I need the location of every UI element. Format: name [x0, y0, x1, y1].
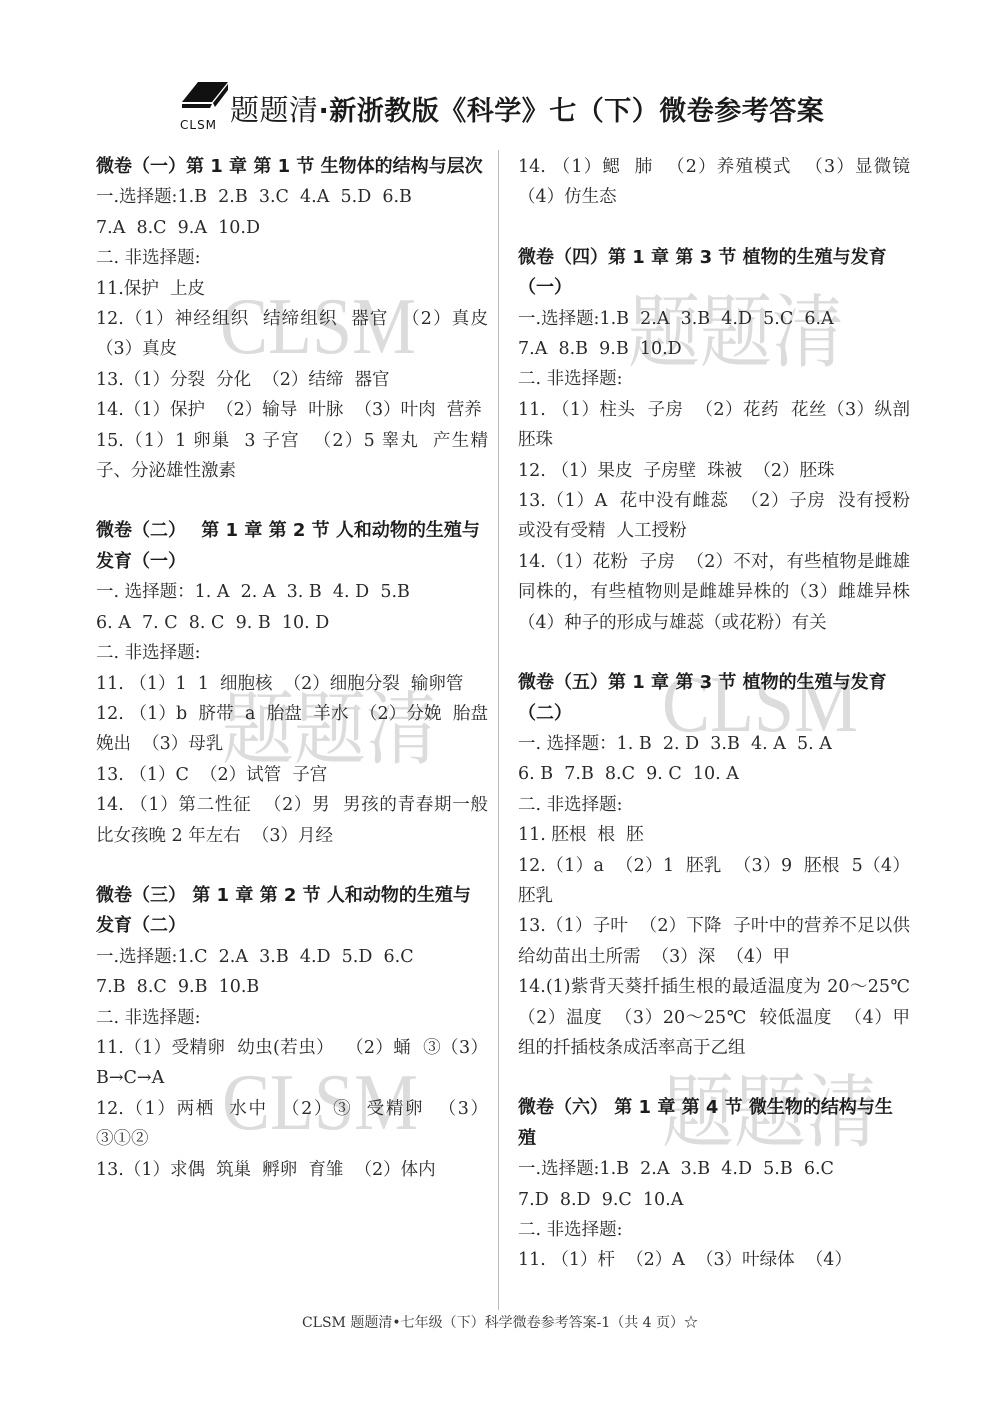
answer-line: 一. 选择题：1. A 2. A 3. B 4. D 5.B — [96, 577, 488, 607]
answer-line: 12.（1）神经组织 结缔组织 器官 （2）真皮 （3）真皮 — [96, 304, 488, 365]
answer-line: 13.（1）子叶 （2）下降 子叶中的营养不足以供给幼苗出土所需 （3）深 （4… — [518, 911, 910, 972]
section-title: 微卷（二） 第 1 章 第 2 节 人和动物的生殖与发育（一） — [96, 516, 488, 577]
clsm-logo: CLSM — [178, 80, 230, 138]
page-footer: CLSM 题题清•七年级（下）科学微卷参考答案-1（共 4 页）☆ — [0, 1312, 1000, 1332]
section-quiz-1: 微卷（一）第 1 章 第 1 节 生物体的结构与层次 一.选择题:1.B 2.B… — [96, 152, 488, 486]
answer-line: 7.B 8.C 9.B 10.B — [96, 972, 488, 1002]
section-quiz-3-continued: 14. （1）鳃 肺 （2）养殖模式 （3）显微镜 （4）仿生态 — [518, 152, 910, 213]
answer-line: 一.选择题:1.B 2.B 3.C 4.A 5.D 6.B — [96, 182, 488, 212]
document-header: CLSM 题题清·新浙教版《科学》七（下）微卷参考答案 — [178, 80, 838, 140]
answer-line: 11. 胚根 根 胚 — [518, 820, 910, 850]
answer-line: 6. A 7. C 8. C 9. B 10. D — [96, 608, 488, 638]
answer-line: 11. （1）柱头 子房 （2）花药 花丝（3）纵剖 胚珠 — [518, 395, 910, 456]
answer-line: 12.（1）两栖 水中 （2）③ 受精卵 （3）③①② — [96, 1094, 488, 1155]
answer-line: 11.保护 上皮 — [96, 274, 488, 304]
section-title: 微卷（四）第 1 章 第 3 节 植物的生殖与发育（一） — [518, 243, 910, 304]
answer-line: 13.（1）求偶 筑巢 孵卵 育雏 （2）体内 — [96, 1155, 488, 1185]
section-quiz-4: 微卷（四）第 1 章 第 3 节 植物的生殖与发育（一） 一.选择题:1.B 2… — [518, 243, 910, 638]
section-title: 微卷（三） 第 1 章 第 2 节 人和动物的生殖与发育（二） — [96, 881, 488, 942]
section-gap — [96, 486, 488, 516]
answer-line: 二. 非选择题: — [518, 790, 910, 820]
section-gap — [96, 851, 488, 881]
answer-line: 7.A 8.C 9.A 10.D — [96, 213, 488, 243]
answer-line: 13.（1）分裂 分化 （2）结缔 器官 — [96, 365, 488, 395]
answer-line: 12. （1）果皮 子房壁 珠被 （2）胚珠 — [518, 456, 910, 486]
section-quiz-2: 微卷（二） 第 1 章 第 2 节 人和动物的生殖与发育（一） 一. 选择题：1… — [96, 516, 488, 850]
answer-line: 7.D 8.D 9.C 10.A — [518, 1185, 910, 1215]
answer-line: 一. 选择题：1. B 2. D 3.B 4. A 5. A — [518, 729, 910, 759]
section-quiz-3: 微卷（三） 第 1 章 第 2 节 人和动物的生殖与发育（二） 一.选择题:1.… — [96, 881, 488, 1185]
answer-line: 14.（1）花粉 子房 （2）不对，有些植物是雌雄同株的，有些植物则是雌雄异株的… — [518, 547, 910, 638]
answer-line: 二. 非选择题: — [518, 364, 910, 394]
answer-line: 14. （1）第二性征 （2）男 男孩的青春期一般比女孩晚 2 年左右 （3）月… — [96, 790, 488, 851]
answer-line: 14.（1）保护 （2）输导 叶脉 （3）叶肉 营养 — [96, 395, 488, 425]
answer-line: 12.（1）a （2）1 胚乳 （3）9 胚根 5（4）胚乳 — [518, 851, 910, 912]
answer-line: 11.（1）受精卵 幼虫(若虫） （2）蛹 ③（3）B→C→A — [96, 1033, 488, 1094]
answer-line: 14. （1）鳃 肺 （2）养殖模式 （3）显微镜 （4）仿生态 — [518, 152, 910, 213]
section-title: 微卷（六） 第 1 章 第 4 节 微生物的结构与生殖 — [518, 1093, 910, 1154]
section-quiz-5: 微卷（五）第 1 章 第 3 节 植物的生殖与发育（二） 一. 选择题：1. B… — [518, 668, 910, 1063]
page-title: 题题清·新浙教版《科学》七（下）微卷参考答案 — [230, 88, 824, 129]
answer-line: 二. 非选择题: — [96, 638, 488, 668]
answer-line: 12. （1）b 脐带 a 胎盘 羊水 （2）分娩 胎盘娩出 （3）母乳 — [96, 699, 488, 760]
answer-line: 二. 非选择题: — [96, 1003, 488, 1033]
answer-line: 二. 非选择题: — [96, 243, 488, 273]
answer-line: 二. 非选择题: — [518, 1215, 910, 1245]
left-column: 微卷（一）第 1 章 第 1 节 生物体的结构与层次 一.选择题:1.B 2.B… — [96, 152, 488, 1185]
section-gap — [518, 213, 910, 243]
answer-line: 11. （1）杆 （2）A （3）叶绿体 （4） — [518, 1245, 910, 1275]
section-title: 微卷（五）第 1 章 第 3 节 植物的生殖与发育（二） — [518, 668, 910, 729]
answer-line: 13. （1）C （2）试管 子宫 — [96, 760, 488, 790]
answer-line: 14.(1)紫背天葵扦插生根的最适温度为 20～25℃ （2）温度 （3）20～… — [518, 972, 910, 1063]
title-text: ·新浙教版《科学》七（下）微卷参考答案 — [319, 96, 825, 127]
brand-name: 题题清 — [230, 93, 319, 127]
answer-line: 13.（1）A 花中没有雌蕊 （2）子房 没有授粉或没有受精 人工授粉 — [518, 486, 910, 547]
logo-text: CLSM — [180, 118, 217, 132]
section-gap — [518, 1063, 910, 1093]
answer-line: 7.A 8.B 9.B 10.D — [518, 334, 910, 364]
right-column: 14. （1）鳃 肺 （2）养殖模式 （3）显微镜 （4）仿生态 微卷（四）第 … — [518, 152, 910, 1276]
answer-line: 15.（1）1 卵巢 3 子宫 （2）5 睾丸 产生精子、分泌雄性激素 — [96, 426, 488, 487]
answer-line: 11. （1）1 1 细胞核 （2）细胞分裂 输卵管 — [96, 669, 488, 699]
section-quiz-6: 微卷（六） 第 1 章 第 4 节 微生物的结构与生殖 一.选择题:1.B 2.… — [518, 1093, 910, 1275]
section-gap — [518, 638, 910, 668]
answer-line: 6. B 7.B 8.C 9. C 10. A — [518, 759, 910, 789]
answer-line: 一.选择题:1.B 2.A 3.B 4.D 5.B 6.C — [518, 1154, 910, 1184]
book-logo-icon — [182, 82, 228, 116]
answer-line: 一.选择题:1.C 2.A 3.B 4.D 5.D 6.C — [96, 942, 488, 972]
section-title: 微卷（一）第 1 章 第 1 节 生物体的结构与层次 — [96, 152, 488, 182]
answer-line: 一.选择题:1.B 2.A 3.B 4.D 5.C 6.A — [518, 304, 910, 334]
